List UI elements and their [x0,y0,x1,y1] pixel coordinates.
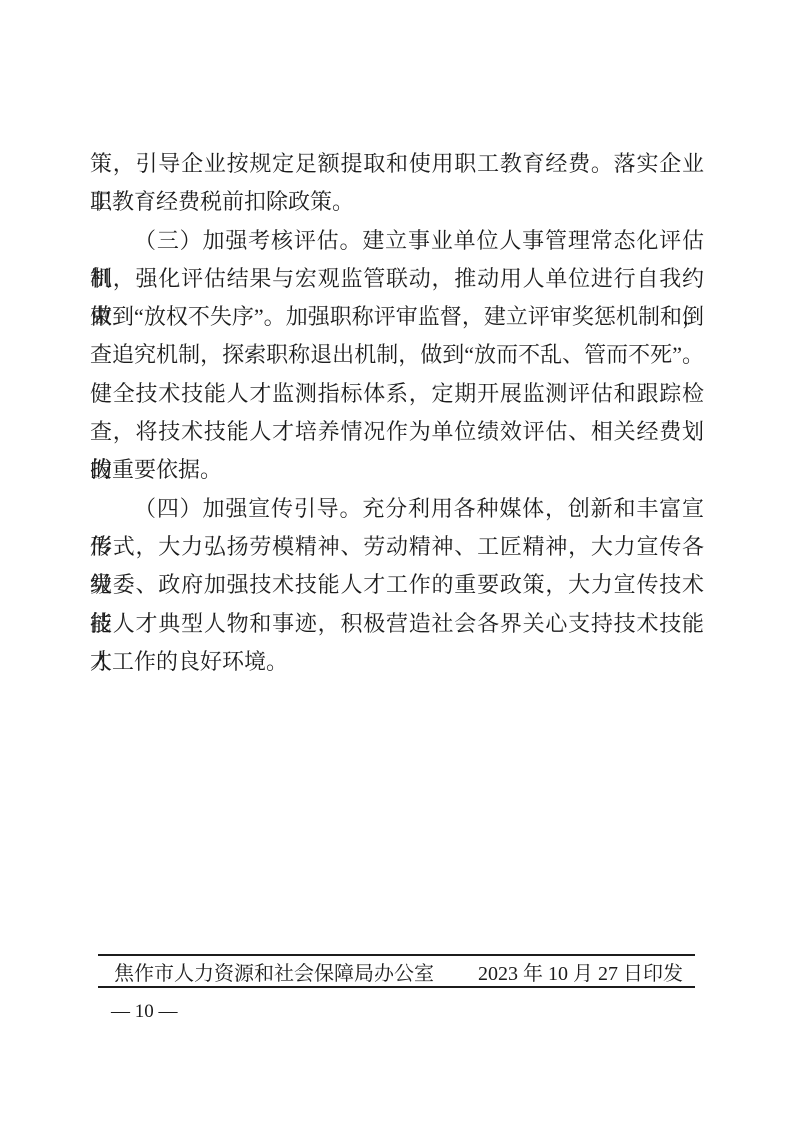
text-line: 健全技术技能人才监测指标体系，定期开展监测评估和跟踪检 [90,375,704,413]
text-line: 才工作的良好环境。 [90,643,704,681]
text-line: 做到“放权不失序”。加强职称评审监督，建立评审奖惩机制和倒 [90,298,704,336]
document-body: 策，引导企业按规定足额提取和使用职工教育经费。落实企业职 工教育经费税前扣除政策… [90,145,704,681]
text-line: （四）加强宣传引导。充分利用各种媒体，创新和丰富宣传 [90,490,704,528]
text-line: 党委、政府加强技术技能人才工作的重要政策，大力宣传技术技 [90,566,704,604]
text-line: 查，将技术技能人才培养情况作为单位绩效评估、相关经费划拨 [90,413,704,451]
text-line: 策，引导企业按规定足额提取和使用职工教育经费。落实企业职 [90,145,704,183]
text-line: 形式，大力弘扬劳模精神、劳动精神、工匠精神，大力宣传各级 [90,528,704,566]
text-line: 查追究机制，探索职称退出机制，做到“放而不乱、管而不死”。 [90,336,704,374]
colophon-bar: 焦作市人力资源和社会保障局办公室 2023 年 10 月 27 日印发 [98,954,695,988]
text-line: 制，强化评估结果与宏观监管联动，推动用人单位进行自我约束， [90,260,704,298]
text-line: 的重要依据。 [90,451,704,489]
text-line: 能人才典型人物和事迹，积极营造社会各界关心支持技术技能人 [90,605,704,643]
text-line: （三）加强考核评估。建立事业单位人事管理常态化评估机 [90,222,704,260]
issuing-office-label: 焦作市人力资源和社会保障局办公室 [114,957,434,986]
page-number: — 10 — [111,1000,178,1024]
print-date-label: 2023 年 10 月 27 日印发 [478,957,683,986]
text-line: 工教育经费税前扣除政策。 [90,183,704,221]
document-page: 策，引导企业按规定足额提取和使用职工教育经费。落实企业职 工教育经费税前扣除政策… [0,0,793,1122]
